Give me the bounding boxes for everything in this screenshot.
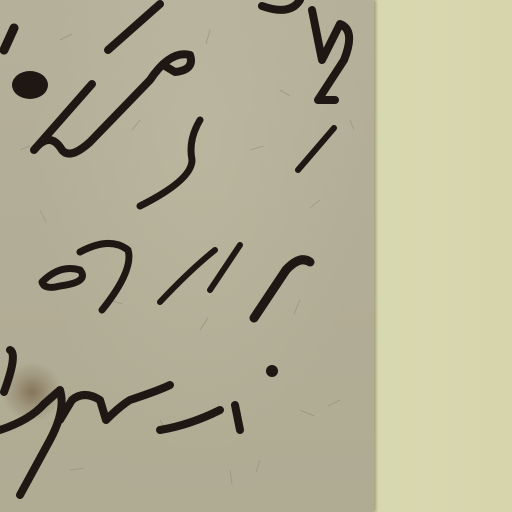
ink-stroke xyxy=(262,0,349,100)
ink-stroke xyxy=(254,260,310,318)
ink-stroke xyxy=(298,128,334,170)
ink-stroke xyxy=(4,28,14,50)
ink-blot xyxy=(12,71,48,99)
ink-stroke xyxy=(42,243,129,310)
ink-stroke xyxy=(160,245,240,302)
ink-stroke xyxy=(140,120,200,206)
ink-stroke xyxy=(0,350,240,495)
handwriting-ink xyxy=(0,0,512,512)
ink-dot xyxy=(266,365,278,377)
ink-stroke xyxy=(34,54,191,153)
ink-stroke xyxy=(108,4,160,50)
